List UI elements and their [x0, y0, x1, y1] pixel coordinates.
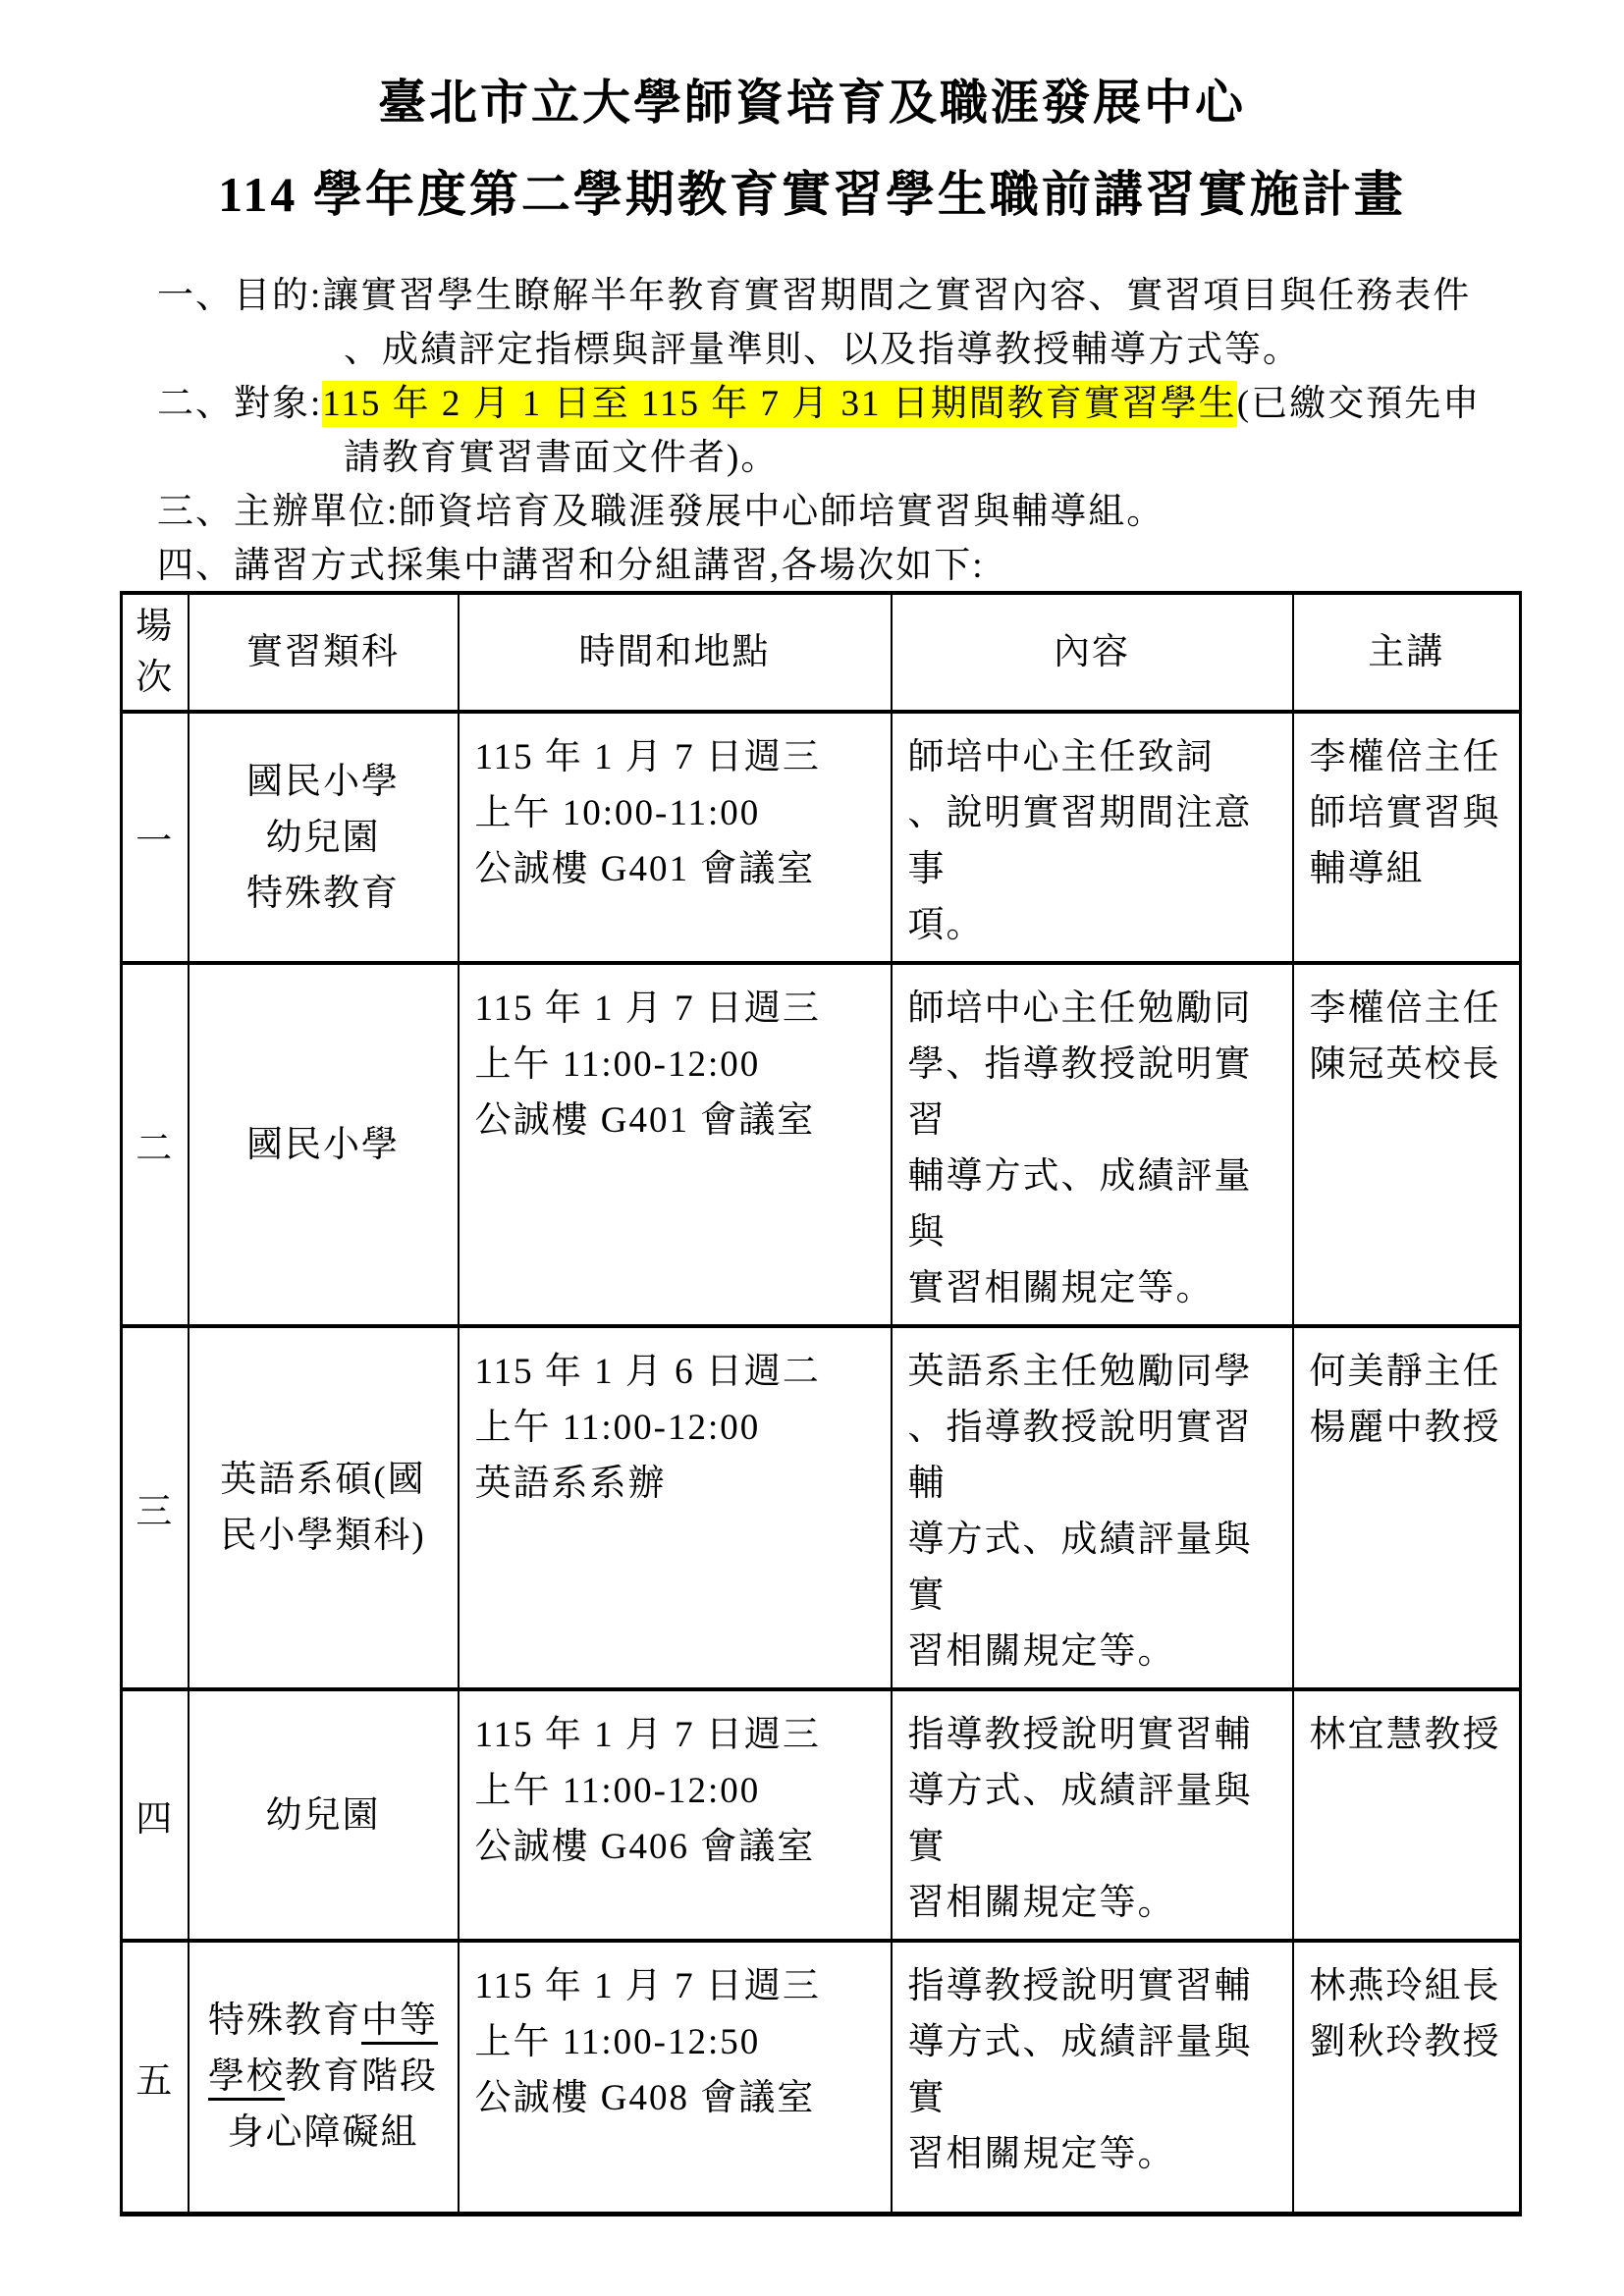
speaker-cell: 李權倍主任陳冠英校長 — [1293, 963, 1521, 1326]
content-cell: 師培中心主任勉勵同學、指導教授說明實習輔導方式、成績評量與實習相關規定等。 — [892, 963, 1293, 1326]
content-line: 、指導教授說明實習輔 — [908, 1400, 1286, 1512]
time-place-line: 上午 10:00-11:00 — [475, 785, 885, 841]
content-line: 導方式、成績評量與實 — [908, 1512, 1286, 1624]
content-line: 習相關規定等。 — [908, 1624, 1286, 1680]
table-row: 四幼兒園115 年 1 月 7 日週三上午 11:00-12:00公誠樓 G40… — [122, 1689, 1521, 1941]
underlined-text: 中等 — [361, 2001, 438, 2045]
section-format: 四、講習方式採集中講習和分組講習,各場次如下: — [157, 539, 1522, 593]
speaker-line: 楊麗中教授 — [1310, 1400, 1514, 1456]
category-line: 英語系碩(國 — [193, 1452, 454, 1508]
category-cell: 特殊教育中等學校教育階段身心障礙組 — [189, 1941, 459, 2214]
time-place-cell: 115 年 1 月 7 日週三上午 10:00-11:00公誠樓 G401 會議… — [459, 712, 892, 963]
content-line: 習相關規定等。 — [908, 1875, 1286, 1931]
category-line: 民小學類科) — [193, 1508, 454, 1564]
section-organizer: 三、主辦單位:師資培育及職涯發展中心師培實習與輔導組。 — [157, 485, 1522, 539]
speaker-cell: 何美靜主任楊麗中教授 — [1293, 1326, 1521, 1689]
table-row: 五特殊教育中等學校教育階段身心障礙組115 年 1 月 7 日週三上午 11:0… — [122, 1941, 1521, 2214]
category-line: 幼兒園 — [193, 810, 454, 866]
content-line: 師培中心主任勉勵同 — [908, 981, 1286, 1037]
session-number-cell: 四 — [122, 1689, 189, 1941]
category-line: 特殊教育中等 — [193, 1993, 454, 2049]
time-place-line: 115 年 1 月 7 日週三 — [475, 981, 885, 1037]
content-line: 輔導方式、成績評量與 — [908, 1148, 1286, 1260]
speaker-line: 何美靜主任 — [1310, 1344, 1514, 1400]
time-place-cell: 115 年 1 月 7 日週三上午 11:00-12:50公誠樓 G408 會議… — [459, 1941, 892, 2214]
category-line: 特殊教育 — [193, 866, 454, 922]
time-place-cell: 115 年 1 月 7 日週三上午 11:00-12:00公誠樓 G406 會議… — [459, 1689, 892, 1941]
content-line: 導方式、成績評量與實 — [908, 2014, 1286, 2126]
content-cell: 指導教授說明實習輔導方式、成績評量與實習相關規定等。 — [892, 1689, 1293, 1941]
document-title-line2: 114 學年度第二學期教育實習學生職前講習實施計畫 — [0, 155, 1624, 226]
category-line: 學校教育階段 — [193, 2049, 454, 2105]
session-schedule-table: 場次 實習類科 時間和地點 內容 主講 一國民小學幼兒園特殊教育115 年 1 … — [120, 591, 1522, 2216]
time-place-line: 公誠樓 G406 會議室 — [475, 1819, 885, 1875]
time-place-cell: 115 年 1 月 7 日週三上午 11:00-12:00公誠樓 G401 會議… — [459, 963, 892, 1326]
time-place-line: 115 年 1 月 7 日週三 — [475, 729, 885, 785]
category-cell: 英語系碩(國民小學類科) — [189, 1326, 459, 1689]
speaker-cell: 林燕玲組長劉秋玲教授 — [1293, 1941, 1521, 2214]
session-number-cell: 一 — [122, 712, 189, 963]
speaker-line: 林宜慧教授 — [1310, 1707, 1514, 1763]
category-line: 國民小學 — [193, 754, 454, 810]
section-purpose-line2: 、成績評定指標與評量準則、以及指導教授輔導方式等。 — [344, 323, 1522, 377]
table-row: 三英語系碩(國民小學類科)115 年 1 月 6 日週二上午 11:00-12:… — [122, 1326, 1521, 1689]
text: 身心障礙組 — [228, 2112, 419, 2153]
content-cell: 指導教授說明實習輔導方式、成績評量與實習相關規定等。 — [892, 1941, 1293, 2214]
time-place-line: 115 年 1 月 7 日週三 — [475, 1707, 885, 1763]
content-line: 習相關規定等。 — [908, 2126, 1286, 2182]
speaker-line: 李權倍主任 — [1310, 981, 1514, 1037]
speaker-cell: 林宜慧教授 — [1293, 1689, 1521, 1941]
content-line: 、說明實習期間注意事 — [908, 785, 1286, 897]
session-number-cell: 三 — [122, 1326, 189, 1689]
time-place-line: 上午 11:00-12:50 — [475, 2014, 885, 2070]
speaker-line: 陳冠英校長 — [1310, 1037, 1514, 1093]
col-header-speaker: 主講 — [1293, 593, 1521, 712]
speaker-line: 林燕玲組長 — [1310, 1958, 1514, 2014]
time-place-line: 115 年 1 月 6 日週二 — [475, 1344, 885, 1400]
section-target-line1: 二、對象:115 年 2 月 1 日至 115 年 7 月 31 日期間教育實習… — [157, 377, 1522, 431]
table-row: 一國民小學幼兒園特殊教育115 年 1 月 7 日週三上午 10:00-11:0… — [122, 712, 1521, 963]
col-header-session: 場次 — [122, 593, 189, 712]
time-place-line: 上午 11:00-12:00 — [475, 1763, 885, 1819]
content-line: 導方式、成績評量與實 — [908, 1763, 1286, 1875]
time-place-line: 英語系系辦 — [475, 1456, 885, 1512]
text: 教育階段 — [285, 2056, 438, 2097]
time-place-line: 上午 11:00-12:00 — [475, 1037, 885, 1093]
content-cell: 師培中心主任致詞、說明實習期間注意事項。 — [892, 712, 1293, 963]
time-place-line: 公誠樓 G401 會議室 — [475, 841, 885, 897]
section-target-line2: 請教育實習書面文件者)。 — [344, 431, 1522, 485]
speaker-line: 劉秋玲教授 — [1310, 2014, 1514, 2070]
category-cell: 國民小學幼兒園特殊教育 — [189, 712, 459, 963]
section-purpose-line1: 一、目的:讓實習學生瞭解半年教育實習期間之實習內容、實習項目與任務表件 — [157, 269, 1522, 323]
section-purpose-prefix: 一、目的: — [157, 276, 322, 316]
table-header-row: 場次 實習類科 時間和地點 內容 主講 — [122, 593, 1521, 712]
speaker-cell: 李權倍主任師培實習與輔導組 — [1293, 712, 1521, 963]
content-line: 英語系主任勉勵同學 — [908, 1344, 1286, 1400]
section-target-prefix: 二、對象: — [157, 384, 322, 424]
category-cell: 國民小學 — [189, 963, 459, 1326]
speaker-line: 師培實習與 — [1310, 785, 1514, 841]
time-place-cell: 115 年 1 月 6 日週二上午 11:00-12:00英語系系辦 — [459, 1326, 892, 1689]
document-page: 臺北市立大學師資培育及職涯發展中心 114 學年度第二學期教育實習學生職前講習實… — [0, 0, 1624, 2296]
table-row: 二國民小學115 年 1 月 7 日週三上午 11:00-12:00公誠樓 G4… — [122, 963, 1521, 1326]
text: 特殊教育 — [208, 2001, 361, 2041]
section-target-highlighted-text: 115 年 2 月 1 日至 115 年 7 月 31 日期間教育實習學生 — [322, 381, 1237, 427]
content-cell: 英語系主任勉勵同學、指導教授說明實習輔導方式、成績評量與實習相關規定等。 — [892, 1326, 1293, 1689]
category-cell: 幼兒園 — [189, 1689, 459, 1941]
category-line: 幼兒園 — [193, 1788, 454, 1843]
col-header-content: 內容 — [892, 593, 1293, 712]
section-purpose-text: 讓實習學生瞭解半年教育實習期間之實習內容、實習項目與任務表件 — [322, 276, 1471, 316]
content-line: 學、指導教授說明實習 — [908, 1037, 1286, 1148]
section-target-after-highlight: (已繳交預先申 — [1237, 384, 1481, 424]
document-title-line1: 臺北市立大學師資培育及職涯發展中心 — [0, 65, 1624, 133]
content-line: 指導教授說明實習輔 — [908, 1958, 1286, 2014]
time-place-line: 公誠樓 G401 會議室 — [475, 1093, 885, 1148]
table-body: 一國民小學幼兒園特殊教育115 年 1 月 7 日週三上午 10:00-11:0… — [122, 712, 1521, 2214]
time-place-line: 115 年 1 月 7 日週三 — [475, 1958, 885, 2014]
speaker-line: 李權倍主任 — [1310, 729, 1514, 785]
time-place-line: 上午 11:00-12:00 — [475, 1400, 885, 1456]
col-header-category: 實習類科 — [189, 593, 459, 712]
category-line: 國民小學 — [193, 1117, 454, 1173]
session-number-cell: 五 — [122, 1941, 189, 2214]
numbered-sections: 一、目的:讓實習學生瞭解半年教育實習期間之實習內容、實習項目與任務表件 、成績評… — [157, 269, 1522, 593]
time-place-line: 公誠樓 G408 會議室 — [475, 2070, 885, 2126]
content-line: 指導教授說明實習輔 — [908, 1707, 1286, 1763]
content-line: 項。 — [908, 897, 1286, 953]
content-line: 師培中心主任致詞 — [908, 729, 1286, 785]
session-number-cell: 二 — [122, 963, 189, 1326]
content-line: 實習相關規定等。 — [908, 1260, 1286, 1316]
col-header-time-place: 時間和地點 — [459, 593, 892, 712]
category-line: 身心障礙組 — [193, 2105, 454, 2161]
underlined-text: 學校 — [208, 2056, 285, 2101]
speaker-line: 輔導組 — [1310, 841, 1514, 897]
